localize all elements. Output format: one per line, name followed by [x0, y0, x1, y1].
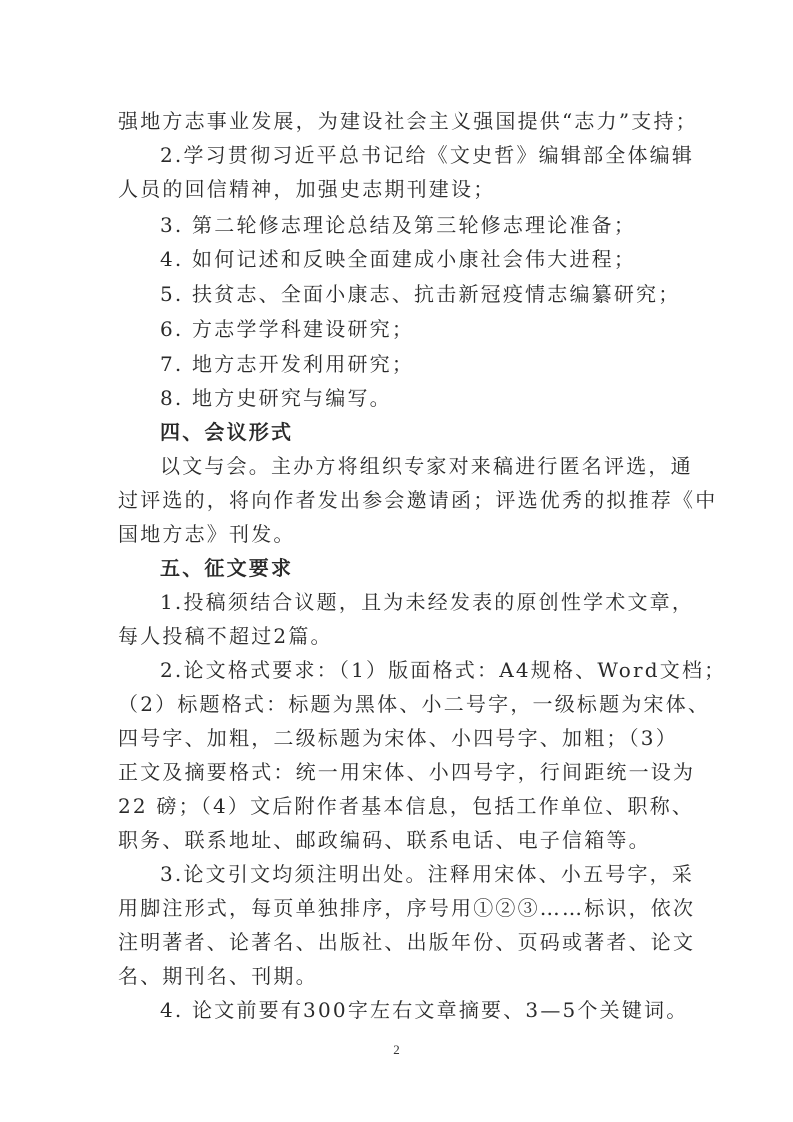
- list-item: 8. 地方史研究与编写。: [160, 385, 392, 411]
- text-line: 22 磅；（4）文后附作者基本信息，包括工作单位、职称、: [118, 793, 694, 819]
- text-line: 四号字、加粗，二级标题为宋体、小四号字、加粗；（3）: [118, 725, 678, 751]
- text-line: 职务、联系地址、邮政编码、联系电话、电子信箱等。: [118, 827, 651, 853]
- text-line: 过评选的，将向作者发出参会邀请函；评选优秀的拟推荐《中: [118, 487, 717, 513]
- list-item: 2.学习贯彻习近平总书记给《文史哲》编辑部全体编辑: [160, 142, 694, 168]
- text-line: 注明著者、论著名、出版社、出版年份、页码或著者、论文: [118, 929, 695, 955]
- page-number: 2: [0, 1042, 793, 1058]
- text-line: 正文及摘要格式：统一用宋体、小四号字，行间距统一设为: [118, 759, 695, 785]
- text-line: 国地方志》刊发。: [118, 521, 296, 547]
- text-line: （2）标题格式：标题为黑体、小二号字，一级标题为宋体、: [118, 691, 710, 717]
- text-line: 名、期刊名、刊期。: [118, 963, 318, 989]
- list-item: 4. 论文前要有300字左右文章摘要、3—5个关键词。: [160, 997, 688, 1023]
- text-line: 用脚注形式，每页单独排序，序号用①②③……标识，依次: [118, 895, 695, 921]
- list-item: 2.论文格式要求：（1）版面格式：A4规格、Word文档；: [160, 657, 726, 683]
- text-line: 以文与会。主办方将组织专家对来稿进行匿名评选，通: [160, 453, 693, 479]
- list-item: 1.投稿须结合议题，且为未经发表的原创性学术文章，: [160, 589, 694, 615]
- list-item: 7. 地方志开发利用研究；: [160, 351, 414, 377]
- list-item: 3. 第二轮修志理论总结及第三轮修志理论准备；: [160, 212, 636, 238]
- list-item: 6. 方志学学科建设研究；: [160, 316, 414, 342]
- text-line: 每人投稿不超过2篇。: [118, 623, 333, 649]
- text-line: 强地方志事业发展，为建设社会主义强国提供“志力”支持；: [118, 108, 698, 134]
- text-line: 人员的回信精神，加强史志期刊建设；: [118, 176, 495, 202]
- list-item: 4. 如何记述和反映全面建成小康社会伟大进程；: [160, 246, 636, 272]
- section-heading: 五、征文要求: [160, 555, 293, 581]
- list-item: 5. 扶贫志、全面小康志、抗击新冠疫情志编纂研究；: [160, 281, 680, 307]
- section-heading: 四、会议形式: [160, 419, 293, 445]
- list-item: 3.论文引文均须注明出处。注释用宋体、小五号字，采: [160, 861, 694, 887]
